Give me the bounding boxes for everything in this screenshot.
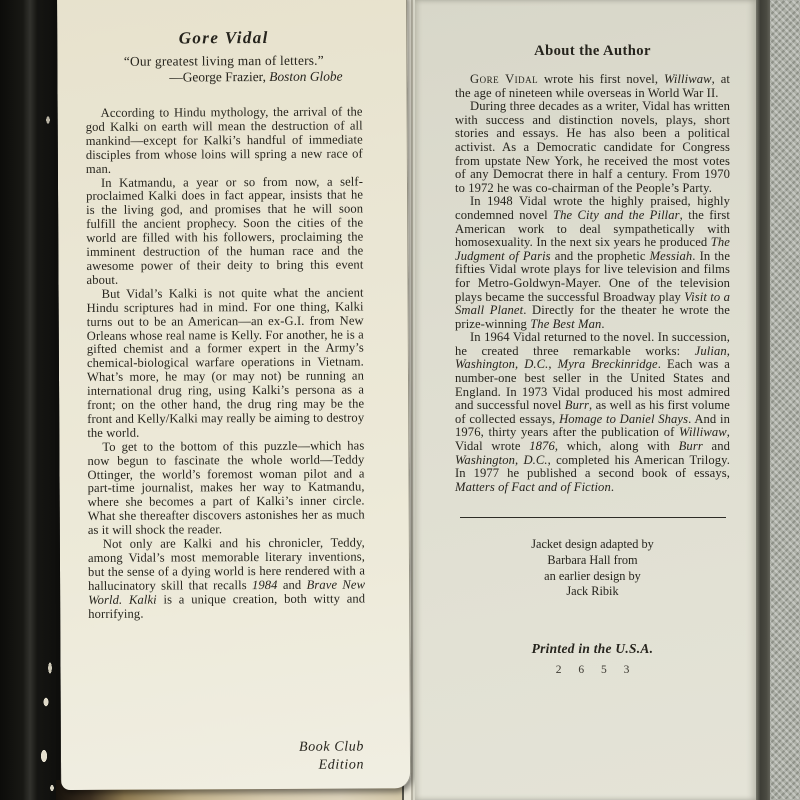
printed-in-usa: Printed in the U.S.A. xyxy=(455,641,730,657)
credit-line: an earlier design by xyxy=(455,569,730,585)
author-heading: Gore Vidal xyxy=(85,28,362,49)
book-jacket-photo: Gore Vidal “Our greatest living man of l… xyxy=(0,0,800,800)
edition-line: Edition xyxy=(299,756,364,774)
flap-paragraph: In Katmandu, a year or so from now, a se… xyxy=(86,175,364,288)
flap-paragraph: In 1948 Vidal wrote the highly praised, … xyxy=(455,195,730,331)
flap-paragraph: Not only are Kalki and his chronicler, T… xyxy=(88,537,365,622)
flap-paragraph: Gore Vidal wrote his first novel, Williw… xyxy=(455,73,730,100)
back-flap-body: Gore Vidal wrote his first novel, Williw… xyxy=(455,73,730,494)
quote-attribution: —George Frazier, Boston Globe xyxy=(85,69,362,86)
credit-line: Barbara Hall from xyxy=(455,553,730,569)
flap-paragraph: According to Hindu mythology, the arriva… xyxy=(86,106,363,177)
flap-paragraph: To get to the bottom of this puzzle—whic… xyxy=(87,439,365,538)
back-flap: About the Author Gore Vidal wrote his fi… xyxy=(415,0,756,800)
print-code: 2 6 5 3 xyxy=(455,664,730,676)
credit-line: Jack Ribik xyxy=(455,584,730,600)
divider-rule xyxy=(460,517,726,518)
cloth-cover-edge xyxy=(770,0,800,800)
book-cover-black-edge xyxy=(0,0,60,800)
jacket-design-credits: Jacket design adapted by Barbara Hall fr… xyxy=(455,537,730,599)
book-club-edition-note: Book Club Edition xyxy=(299,739,364,774)
credit-line: Jacket design adapted by xyxy=(455,537,730,553)
about-the-author-heading: About the Author xyxy=(455,42,730,60)
edition-line: Book Club xyxy=(299,739,364,757)
front-flap-body: According to Hindu mythology, the arriva… xyxy=(86,106,366,622)
front-flap: Gore Vidal “Our greatest living man of l… xyxy=(57,0,411,790)
flap-paragraph: During three decades as a writer, Vidal … xyxy=(455,100,730,195)
flap-paragraph: But Vidal’s Kalki is not quite what the … xyxy=(87,286,365,440)
review-quote: “Our greatest living man of letters.” xyxy=(85,53,362,70)
flap-paragraph: In 1964 Vidal returned to the novel. In … xyxy=(455,331,730,494)
